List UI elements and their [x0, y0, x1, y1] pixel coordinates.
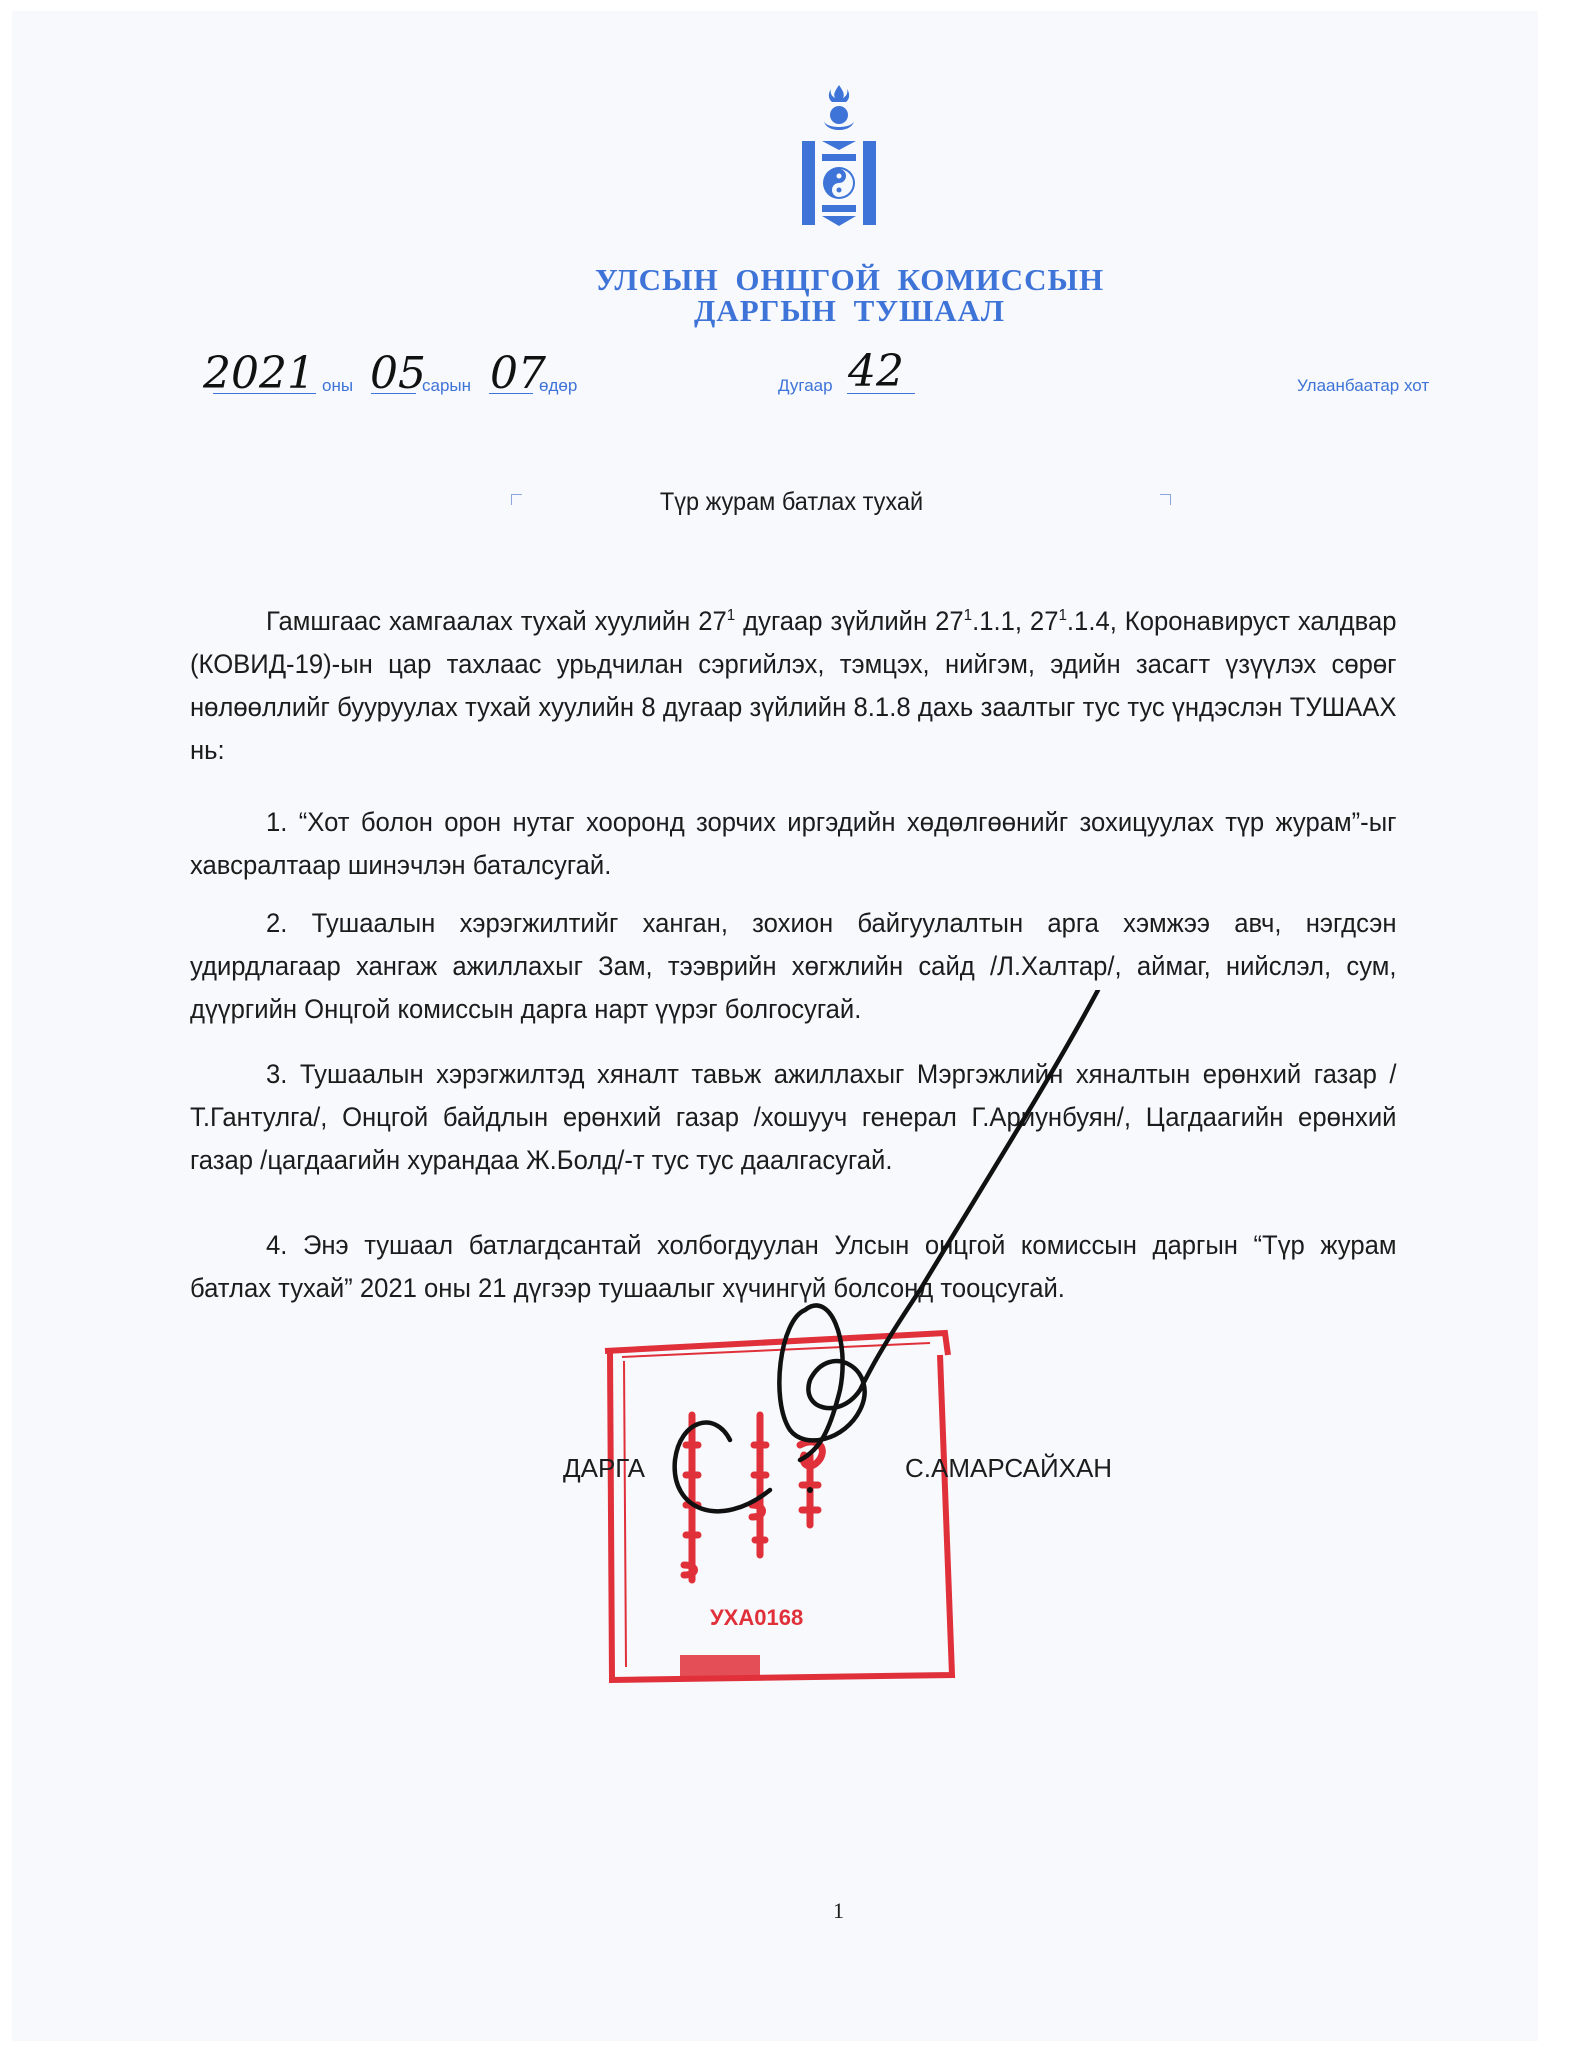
- handwritten-year: 2021: [203, 348, 315, 399]
- handwritten-day: 07: [490, 348, 546, 399]
- handwritten-number: 42: [848, 346, 904, 397]
- order-item-1: 1. “Хот болон орон нутаг хооронд зорчих …: [190, 801, 1397, 887]
- signatory-name: С.АМАРСАЙХАН: [905, 1453, 1112, 1484]
- year-underline: [213, 393, 316, 394]
- document-subject: Түр журам батлах тухай: [47, 488, 1535, 517]
- issuer-title-line2: ДАРГЫН ТУШААЛ: [58, 293, 1583, 329]
- day-label: өдөр: [539, 376, 577, 396]
- soyombo-emblem-icon: [798, 83, 880, 243]
- handwritten-month: 05: [370, 348, 426, 399]
- year-label: оны: [322, 376, 353, 396]
- signatory-role: ДАРГА: [563, 1453, 645, 1484]
- day-underline: [489, 393, 533, 394]
- preamble: Гамшгаас хамгаалах тухай хуулийн 271 дуг…: [190, 600, 1397, 772]
- number-underline: [847, 393, 915, 394]
- place-label: Улаанбаатар хот: [1297, 376, 1429, 396]
- page-number: 1: [833, 1898, 844, 1924]
- month-underline: [371, 393, 416, 394]
- order-item-3: 3. Тушаалын хэрэгжилтэд хяналт тавьж ажи…: [190, 1053, 1397, 1182]
- order-item-2: 2. Тушаалын хэрэгжилтийг ханган, зохион …: [190, 902, 1397, 1031]
- month-label: сарын: [422, 376, 471, 396]
- number-label: Дугаар: [778, 376, 833, 396]
- official-seal-stamp: УХА0168: [600, 1325, 970, 1685]
- svg-text:УХА0168: УХА0168: [710, 1605, 803, 1630]
- order-item-4: 4. Энэ тушаал батлагдсантай холбогдуулан…: [190, 1224, 1397, 1310]
